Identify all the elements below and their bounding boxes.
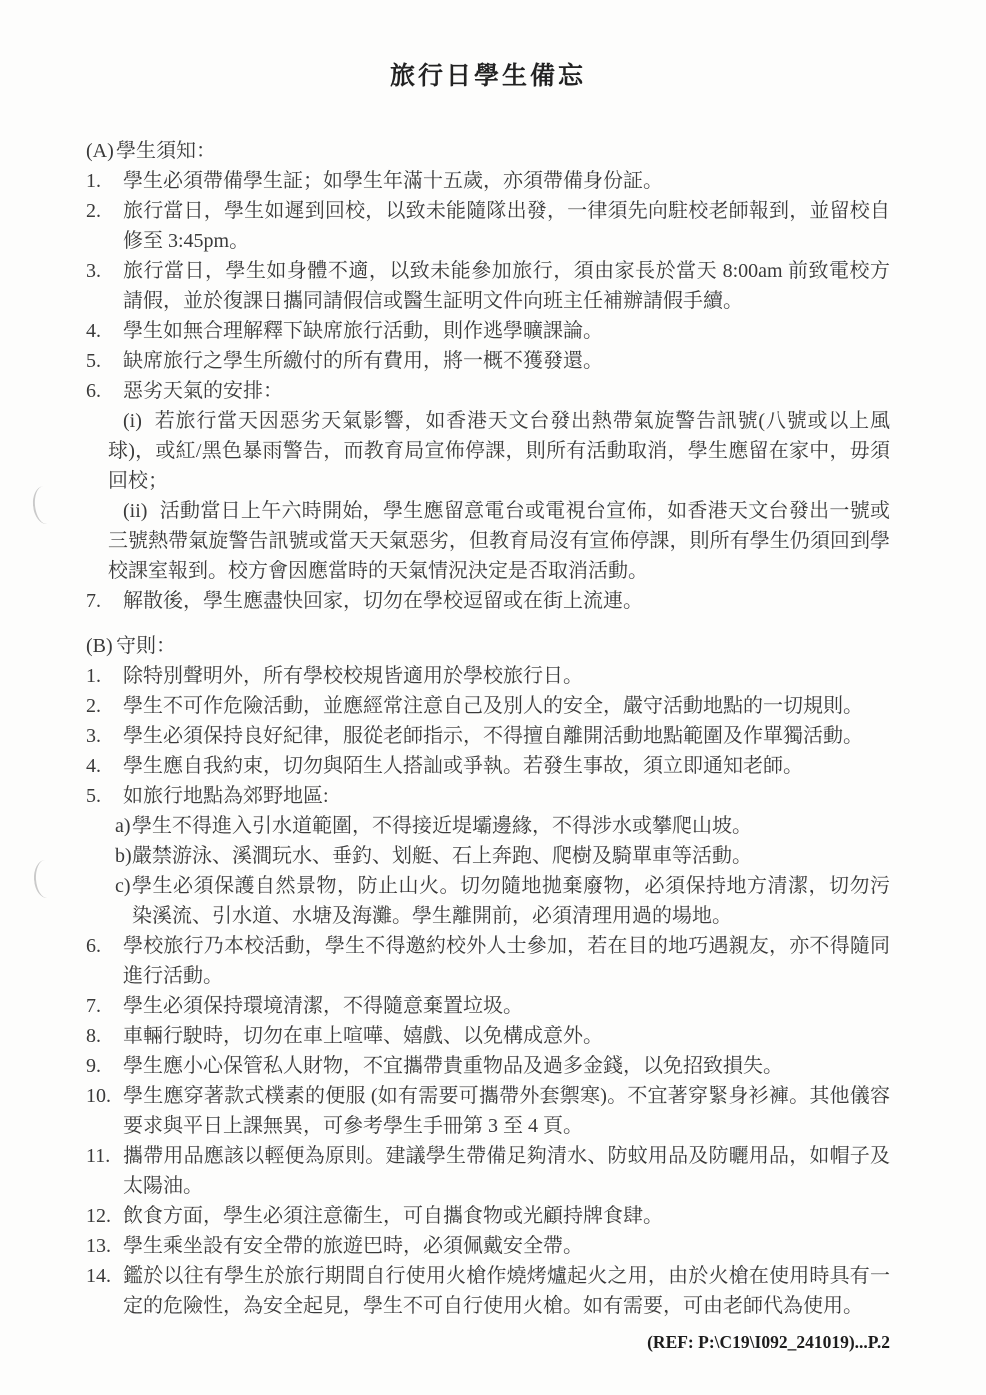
item-marker: 9. (86, 1051, 101, 1081)
item-b-5-sub-a: a) 學生不得進入引水道範圍，不得接近堤壩邊緣，不得涉水或攀爬山坡。 (115, 811, 890, 841)
item-marker: 6. (86, 376, 101, 406)
item-marker: 3. (86, 721, 101, 751)
section-b-heading: (B) 守則： (86, 631, 890, 661)
footer-reference: (REF: P:\C19\I092_241019)...P.2 (86, 1331, 890, 1353)
item-text: 學生應穿著款式樸素的便服 (如有需要可攜帶外套禦寒)。不宜著穿緊身衫褲。其他儀容… (123, 1085, 890, 1137)
item-text: 學生如無合理解釋下缺席旅行活動，則作逃學曠課論。 (123, 320, 603, 342)
section-a-heading-text: 學生須知： (116, 140, 216, 162)
section-a-marker: (A) (86, 136, 114, 166)
item-marker: 7. (86, 586, 101, 616)
item-text: 學生應小心保管私人財物，不宜攜帶貴重物品及過多金錢，以免招致損失。 (123, 1055, 783, 1077)
item-b-9: 9. 學生應小心保管私人財物，不宜攜帶貴重物品及過多金錢，以免招致損失。 (86, 1051, 890, 1081)
item-text: 學生不可作危險活動，並應經常注意自己及別人的安全，嚴守活動地點的一切規則。 (123, 695, 863, 717)
item-marker: 5. (86, 346, 101, 376)
item-text: 學校旅行乃本校活動，學生不得邀約校外人士參加，若在目的地巧遇親友，亦不得隨同進行… (123, 935, 890, 987)
subitem-text: 學生必須保護自然景物，防止山火。切勿隨地拋棄廢物，必須保持地方清潔，切勿污染溪流… (132, 875, 890, 927)
subitem-marker: a) (115, 811, 131, 841)
subitem-marker: (ii) (123, 500, 147, 522)
item-marker: 12. (86, 1201, 111, 1231)
item-b-14: 14. 鑑於以往有學生於旅行期間自行使用火槍作燒烤爐起火之用，由於火槍在使用時具… (86, 1261, 890, 1321)
item-text: 學生必須帶備學生証；如學生年滿十五歲，亦須帶備身份証。 (123, 170, 663, 192)
item-a-4: 4. 學生如無合理解釋下缺席旅行活動，則作逃學曠課論。 (86, 316, 890, 346)
scan-artifact-crescent (31, 485, 59, 525)
item-text: 學生乘坐設有安全帶的旅遊巴時，必須佩戴安全帶。 (123, 1235, 583, 1257)
item-a-7: 7. 解散後，學生應盡快回家，切勿在學校逗留或在街上流連。 (86, 586, 890, 616)
item-text: 鑑於以往有學生於旅行期間自行使用火槍作燒烤爐起火之用，由於火槍在使用時具有一定的… (123, 1265, 890, 1317)
item-b-13: 13. 學生乘坐設有安全帶的旅遊巴時，必須佩戴安全帶。 (86, 1231, 890, 1261)
subitem-text: 學生不得進入引水道範圍，不得接近堤壩邊緣，不得涉水或攀爬山坡。 (132, 815, 752, 837)
item-marker: 7. (86, 991, 101, 1021)
item-b-4: 4. 學生應自我約束，切勿與陌生人搭訕或爭執。若發生事故，須立即通知老師。 (86, 751, 890, 781)
item-marker: 13. (86, 1231, 111, 1261)
item-text: 飲食方面，學生必須注意衞生，可自攜食物或光顧持牌食肆。 (123, 1205, 663, 1227)
item-a-6-sub-i: (i)若旅行當天因惡劣天氣影響，如香港天文台發出熱帶氣旋警告訊號(八號或以上風球… (108, 406, 890, 496)
item-b-8: 8. 車輛行駛時，切勿在車上喧嘩、嬉戲、以免構成意外。 (86, 1021, 890, 1051)
item-b-5-sub-c: c) 學生必須保護自然景物，防止山火。切勿隨地拋棄廢物，必須保持地方清潔，切勿污… (115, 871, 890, 931)
section-b-heading-text: 守則： (116, 635, 176, 657)
item-marker: 8. (86, 1021, 101, 1051)
subitem-marker: c) (115, 871, 131, 901)
scan-artifact-crescent (33, 859, 60, 899)
item-text: 如旅行地點為郊野地區: (123, 785, 329, 807)
item-marker: 2. (86, 196, 101, 226)
item-marker: 3. (86, 256, 101, 286)
document-page: 旅行日學生備忘 (A) 學生須知： 1. 學生必須帶備學生証；如學生年滿十五歲，… (86, 56, 890, 1353)
item-marker: 5. (86, 781, 101, 811)
item-marker: 6. (86, 931, 101, 961)
item-b-12: 12. 飲食方面，學生必須注意衞生，可自攜食物或光顧持牌食肆。 (86, 1201, 890, 1231)
item-b-2: 2. 學生不可作危險活動，並應經常注意自己及別人的安全，嚴守活動地點的一切規則。 (86, 691, 890, 721)
subitem-marker: (i) (123, 410, 142, 432)
item-b-5: 5. 如旅行地點為郊野地區: (86, 781, 890, 811)
item-b-10: 10. 學生應穿著款式樸素的便服 (如有需要可攜帶外套禦寒)。不宜著穿緊身衫褲。… (86, 1081, 890, 1141)
item-marker: 1. (86, 166, 101, 196)
item-text: 攜帶用品應該以輕便為原則。建議學生帶備足夠清水、防蚊用品及防曬用品，如帽子及太陽… (123, 1145, 890, 1197)
item-text: 惡劣天氣的安排： (123, 380, 283, 402)
subitem-text: 活動當日上午六時開始，學生應留意電台或電視台宣佈，如香港天文台發出一號或三號熱帶… (108, 500, 890, 582)
item-b-11: 11. 攜帶用品應該以輕便為原則。建議學生帶備足夠清水、防蚊用品及防曬用品，如帽… (86, 1141, 890, 1201)
subitem-text: 若旅行當天因惡劣天氣影響，如香港天文台發出熱帶氣旋警告訊號(八號或以上風球)，或… (108, 410, 890, 492)
item-a-6: 6. 惡劣天氣的安排： (86, 376, 890, 406)
item-a-5: 5. 缺席旅行之學生所繳付的所有費用，將一概不獲發還。 (86, 346, 890, 376)
subitem-text: 嚴禁游泳、溪澗玩水、垂釣、划艇、石上奔跑、爬樹及騎單車等活動。 (132, 845, 752, 867)
page-title: 旅行日學生備忘 (86, 56, 890, 92)
item-a-6-sub-ii: (ii)活動當日上午六時開始，學生應留意電台或電視台宣佈，如香港天文台發出一號或… (108, 496, 890, 586)
item-marker: 14. (86, 1261, 111, 1291)
item-marker: 2. (86, 691, 101, 721)
item-b-1: 1. 除特別聲明外，所有學校校規皆適用於學校旅行日。 (86, 661, 890, 691)
item-b-3: 3. 學生必須保持良好紀律，服從老師指示，不得擅自離開活動地點範圍及作單獨活動。 (86, 721, 890, 751)
item-a-1: 1. 學生必須帶備學生証；如學生年滿十五歲，亦須帶備身份証。 (86, 166, 890, 196)
item-text: 旅行當日，學生如遲到回校，以致未能隨隊出發，一律須先向駐校老師報到，並留校自修至… (123, 200, 890, 252)
item-text: 旅行當日，學生如身體不適，以致未能參加旅行，須由家長於當天 8:00am 前致電… (123, 260, 890, 312)
subitem-marker: b) (115, 841, 132, 871)
section-a-heading: (A) 學生須知： (86, 136, 890, 166)
item-b-7: 7. 學生必須保持環境清潔，不得隨意棄置垃圾。 (86, 991, 890, 1021)
section-b-marker: (B) (86, 631, 113, 661)
item-b-5-sub-b: b) 嚴禁游泳、溪澗玩水、垂釣、划艇、石上奔跑、爬樹及騎單車等活動。 (115, 841, 890, 871)
item-text: 學生應自我約束，切勿與陌生人搭訕或爭執。若發生事故，須立即通知老師。 (123, 755, 803, 777)
item-a-3: 3. 旅行當日，學生如身體不適，以致未能參加旅行，須由家長於當天 8:00am … (86, 256, 890, 316)
item-marker: 10. (86, 1081, 111, 1111)
item-text: 車輛行駛時，切勿在車上喧嘩、嬉戲、以免構成意外。 (123, 1025, 603, 1047)
item-a-2: 2. 旅行當日，學生如遲到回校，以致未能隨隊出發，一律須先向駐校老師報到，並留校… (86, 196, 890, 256)
item-marker: 1. (86, 661, 101, 691)
item-marker: 4. (86, 316, 101, 346)
item-text: 學生必須保持良好紀律，服從老師指示，不得擅自離開活動地點範圍及作單獨活動。 (123, 725, 863, 747)
item-marker: 4. (86, 751, 101, 781)
item-text: 除特別聲明外，所有學校校規皆適用於學校旅行日。 (123, 665, 583, 687)
item-marker: 11. (86, 1141, 110, 1171)
item-text: 學生必須保持環境清潔，不得隨意棄置垃圾。 (123, 995, 523, 1017)
item-text: 缺席旅行之學生所繳付的所有費用，將一概不獲發還。 (123, 350, 603, 372)
item-text: 解散後，學生應盡快回家，切勿在學校逗留或在街上流連。 (123, 590, 643, 612)
item-b-6: 6. 學校旅行乃本校活動，學生不得邀約校外人士參加，若在目的地巧遇親友，亦不得隨… (86, 931, 890, 991)
